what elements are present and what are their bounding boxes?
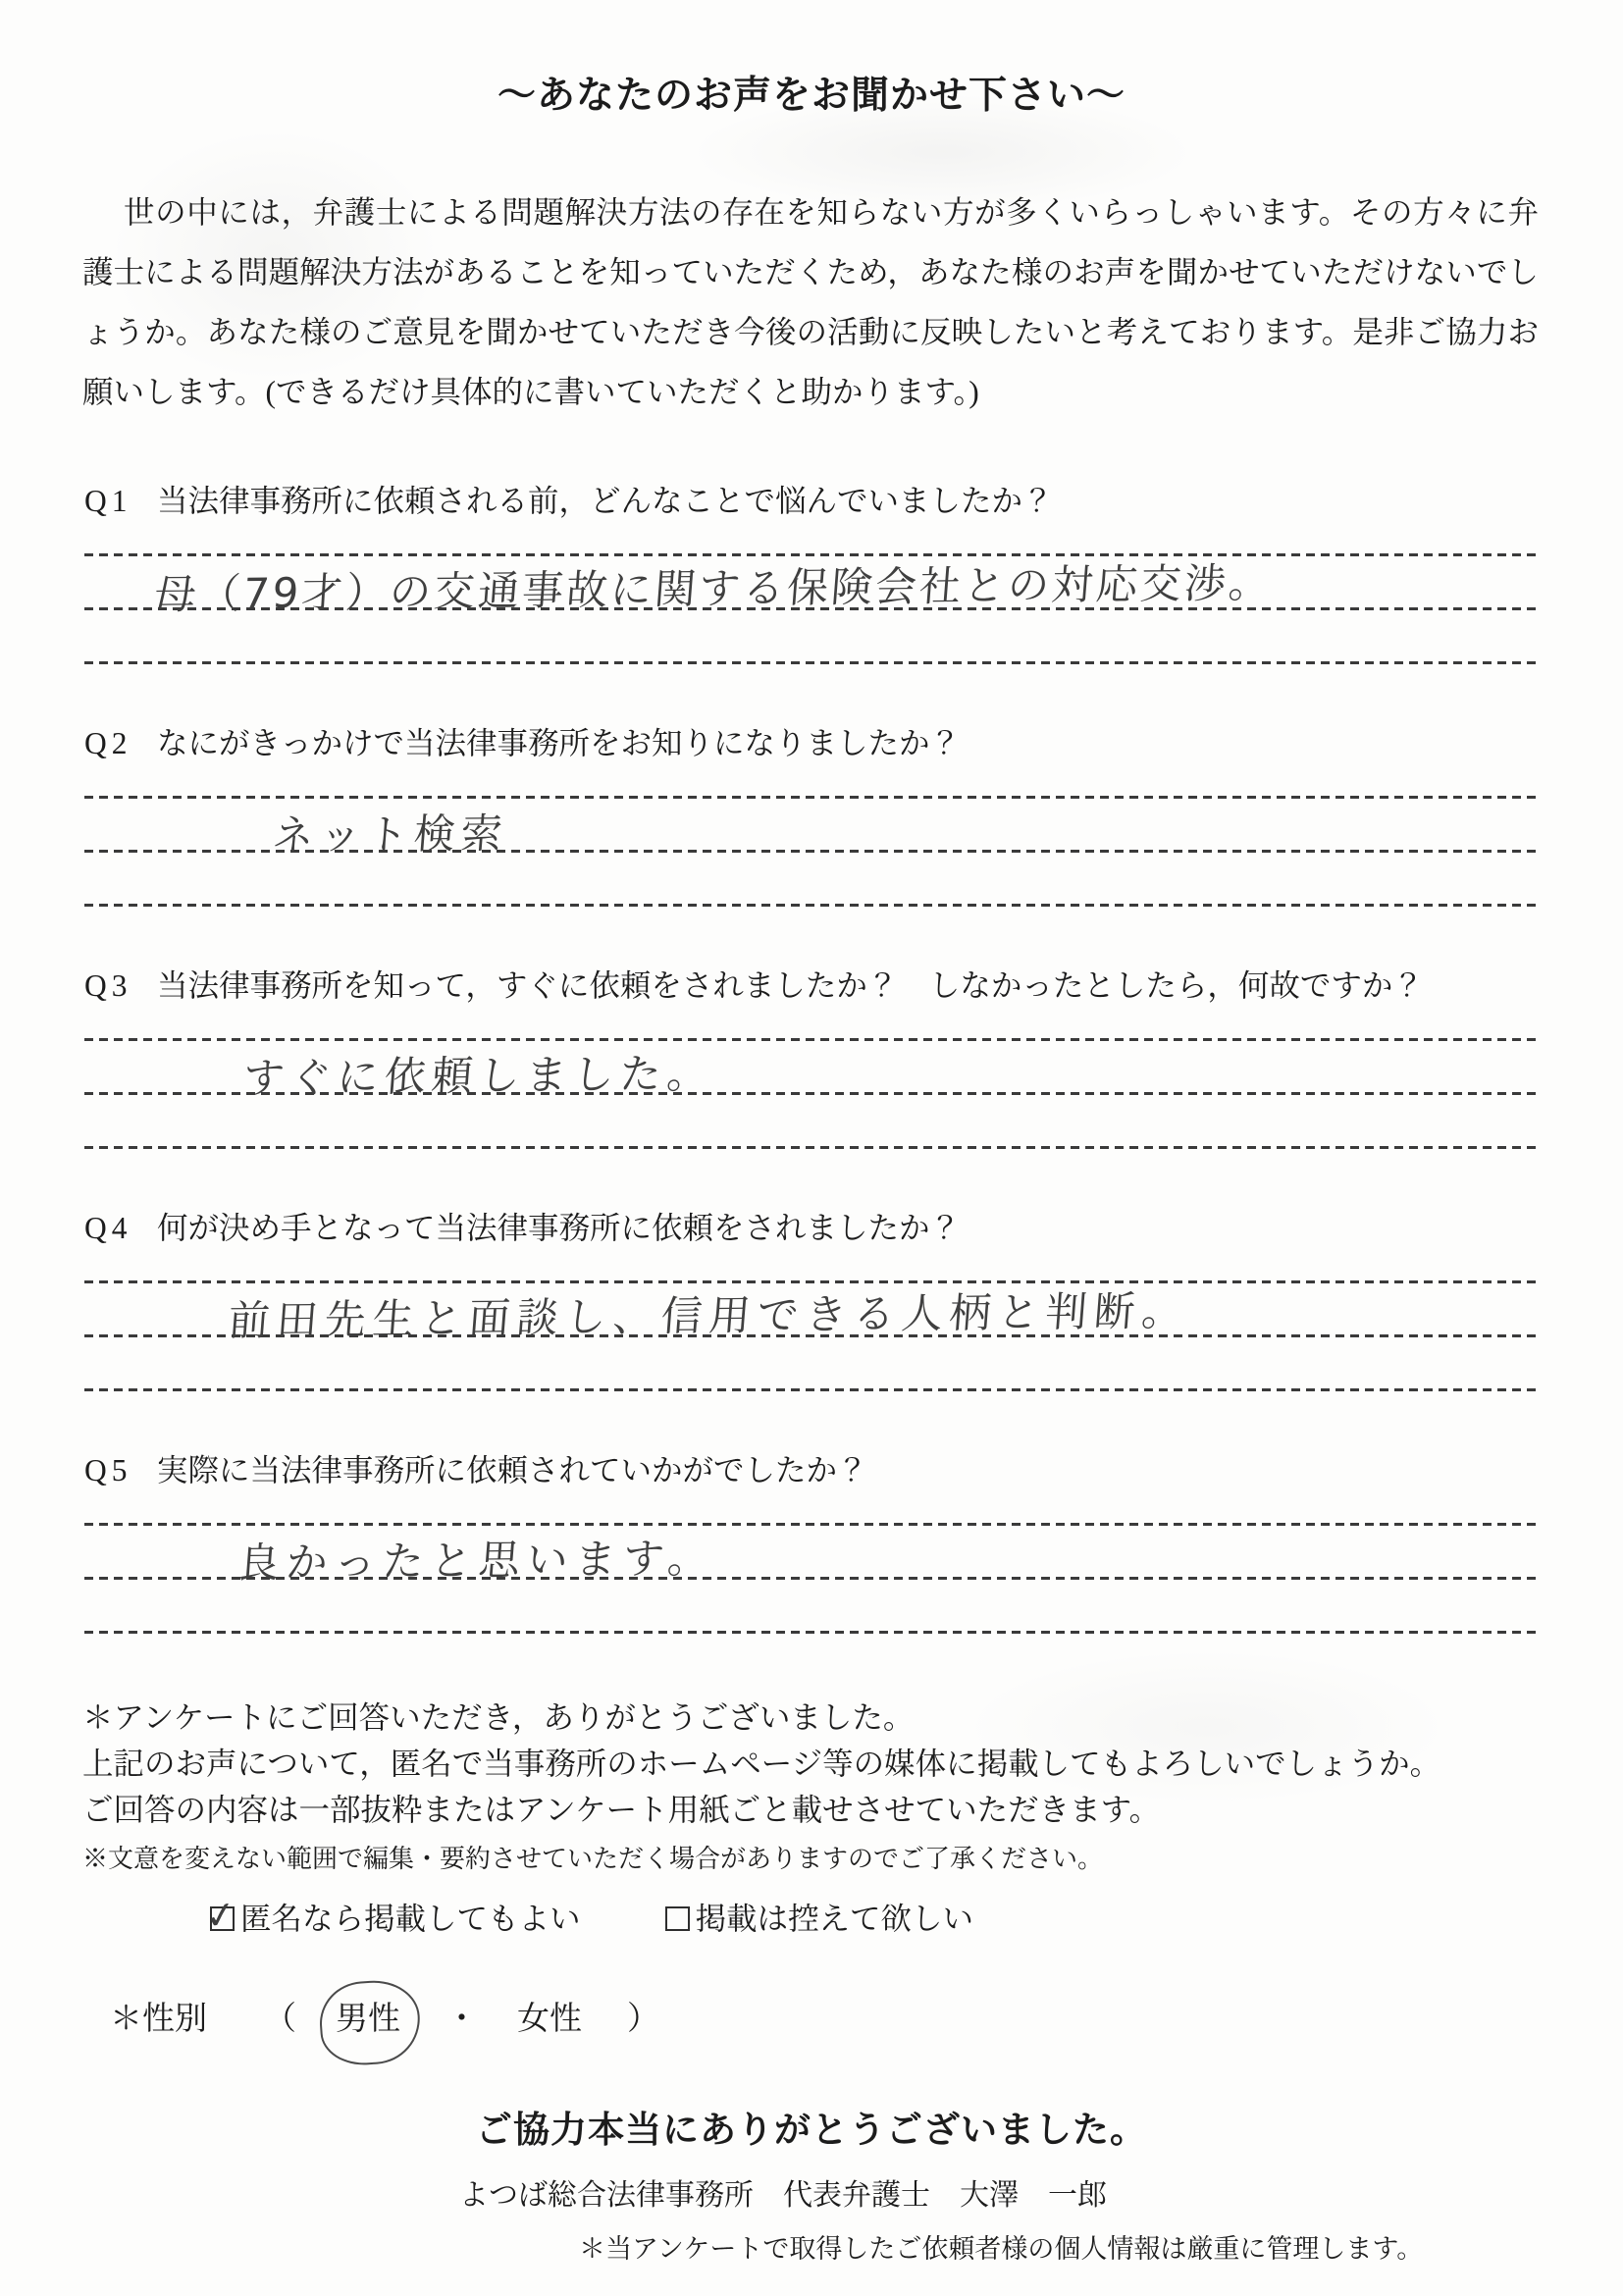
consent-options: ✓ 匿名なら掲載してもよい ✓ 掲載は控えて欲しい xyxy=(210,1896,1539,1942)
question-text-q2: なにがきっかけで当法律事務所をお知りになりましたか？ xyxy=(157,721,961,766)
question-text-q1: 当法律事務所に依頼される前，どんなことで悩んでいましたか？ xyxy=(157,479,1054,524)
question-label-q2: Q2 xyxy=(84,721,157,766)
dashed-line xyxy=(84,1631,1539,1634)
closing-thanks: ご協力本当にありがとうございました。 xyxy=(0,2100,1623,2153)
question-text-q4: 何が決め手となって当法律事務所に依頼をされましたか？ xyxy=(157,1206,961,1251)
handwritten-answer-q3: すぐに依頼しました。 xyxy=(84,1052,715,1102)
intro-paragraph: 世の中には，弁護士による問題解決方法の存在を知らない方が多くいらっしゃいます。そ… xyxy=(82,183,1539,422)
question-label-q4: Q4 xyxy=(84,1206,157,1251)
answer-area-q5: 良かったと思います。 xyxy=(84,1523,1539,1634)
consent-line1: 上記のお声について，匿名で当事務所のホームページ等の媒体に掲載してもよろしいでし… xyxy=(82,1741,1539,1787)
paren-close: ） xyxy=(627,1993,659,2039)
handwritten-answer-q4: 前田先生と面談し、信用できる人柄と判断。 xyxy=(84,1289,1191,1344)
answer-area-q4: 前田先生と面談し、信用できる人柄と判断。 xyxy=(84,1280,1539,1391)
dashed-line xyxy=(84,661,1539,664)
answer-area-q3: すぐに依頼しました。 xyxy=(84,1038,1539,1149)
question-block-q4: Q4 何が決め手となって当法律事務所に依頼をされましたか？ 前田先生と面談し、信… xyxy=(84,1206,1539,1391)
dashed-line xyxy=(84,904,1539,907)
privacy-note: ＊当アンケートで取得したご依頼者様の個人情報は厳重に管理します。 xyxy=(579,2227,1623,2266)
gender-row: ＊性別 （ 男性 ・ 女性 ） xyxy=(110,1993,1623,2039)
gender-option-female: 女性 xyxy=(509,1993,590,2039)
gender-option-label: 女性 xyxy=(517,2002,582,2037)
checkbox-anonymous-ok: ✓ xyxy=(210,1906,235,1931)
question-text-q5: 実際に当法律事務所に依頼されていかがでしたか？ xyxy=(157,1448,868,1493)
page-title: ～あなたのお声をお聞かせ下さい～ xyxy=(0,69,1623,124)
dashed-line xyxy=(84,1388,1539,1391)
consent-option-label: 匿名なら掲載してもよい xyxy=(240,1896,581,1942)
paren-open: （ xyxy=(264,1993,296,2039)
gender-option-male: 男性 xyxy=(328,1993,408,2039)
handwritten-circle-mark xyxy=(317,1978,423,2068)
question-block-q1: Q1 当法律事務所に依頼される前，どんなことで悩んでいましたか？ 母（79才）の… xyxy=(84,479,1539,664)
question-block-q5: Q5 実際に当法律事務所に依頼されていかがでしたか？ 良かったと思います。 xyxy=(84,1448,1539,1634)
consent-note: ※文意を変えない範囲で編集・要約させていただく場合がありますのでご了承ください。 xyxy=(82,1839,1539,1880)
consent-option-label: 掲載は控えて欲しい xyxy=(696,1896,974,1942)
question-label-q3: Q3 xyxy=(84,964,157,1009)
closing-section: ご協力本当にありがとうございました。 よつば総合法律事務所 代表弁護士 大澤 一… xyxy=(0,2100,1623,2266)
question-block-q2: Q2 なにがきっかけで当法律事務所をお知りになりましたか？ ネット検索 xyxy=(84,721,1539,907)
consent-option-anonymous-ok: ✓ 匿名なら掲載してもよい xyxy=(210,1896,581,1942)
answer-area-q1: 母（79才）の交通事故に関する保険会社との対応交渉。 xyxy=(84,553,1539,664)
gender-label: ＊性別 xyxy=(110,1993,207,2039)
question-text-q3: 当法律事務所を知って，すぐに依頼をされましたか？ しなかったとしたら，何故ですか… xyxy=(157,964,1424,1009)
handwritten-answer-q2: ネット検索 xyxy=(84,811,509,860)
consent-option-no-publish: ✓ 掲載は控えて欲しい xyxy=(665,1896,974,1942)
firm-signature: よつば総合法律事務所 代表弁護士 大澤 一郎 xyxy=(459,2170,1623,2214)
handwritten-answer-q5: 良かったと思います。 xyxy=(84,1537,717,1587)
consent-section: ＊アンケートにご回答いただき，ありがとうございました。 上記のお声について，匿名… xyxy=(82,1695,1539,1942)
question-block-q3: Q3 当法律事務所を知って，すぐに依頼をされましたか？ しなかったとしたら，何故… xyxy=(84,964,1539,1149)
question-label-q1: Q1 xyxy=(84,479,157,524)
handwritten-check-icon: ✓ xyxy=(202,1891,239,1941)
checkbox-no-publish: ✓ xyxy=(665,1906,690,1931)
separator-dot: ・ xyxy=(445,1993,478,2039)
survey-thanks-line: ＊アンケートにご回答いただき，ありがとうございました。 xyxy=(82,1695,1539,1741)
consent-line2: ご回答の内容は一部抜粋またはアンケート用紙ごと載せさせていただきます。 xyxy=(82,1787,1539,1833)
answer-area-q2: ネット検索 xyxy=(84,796,1539,907)
survey-scan-page: ～あなたのお声をお聞かせ下さい～ 世の中には，弁護士による問題解決方法の存在を知… xyxy=(0,0,1623,2296)
dashed-line xyxy=(84,1146,1539,1149)
question-label-q5: Q5 xyxy=(84,1448,157,1493)
